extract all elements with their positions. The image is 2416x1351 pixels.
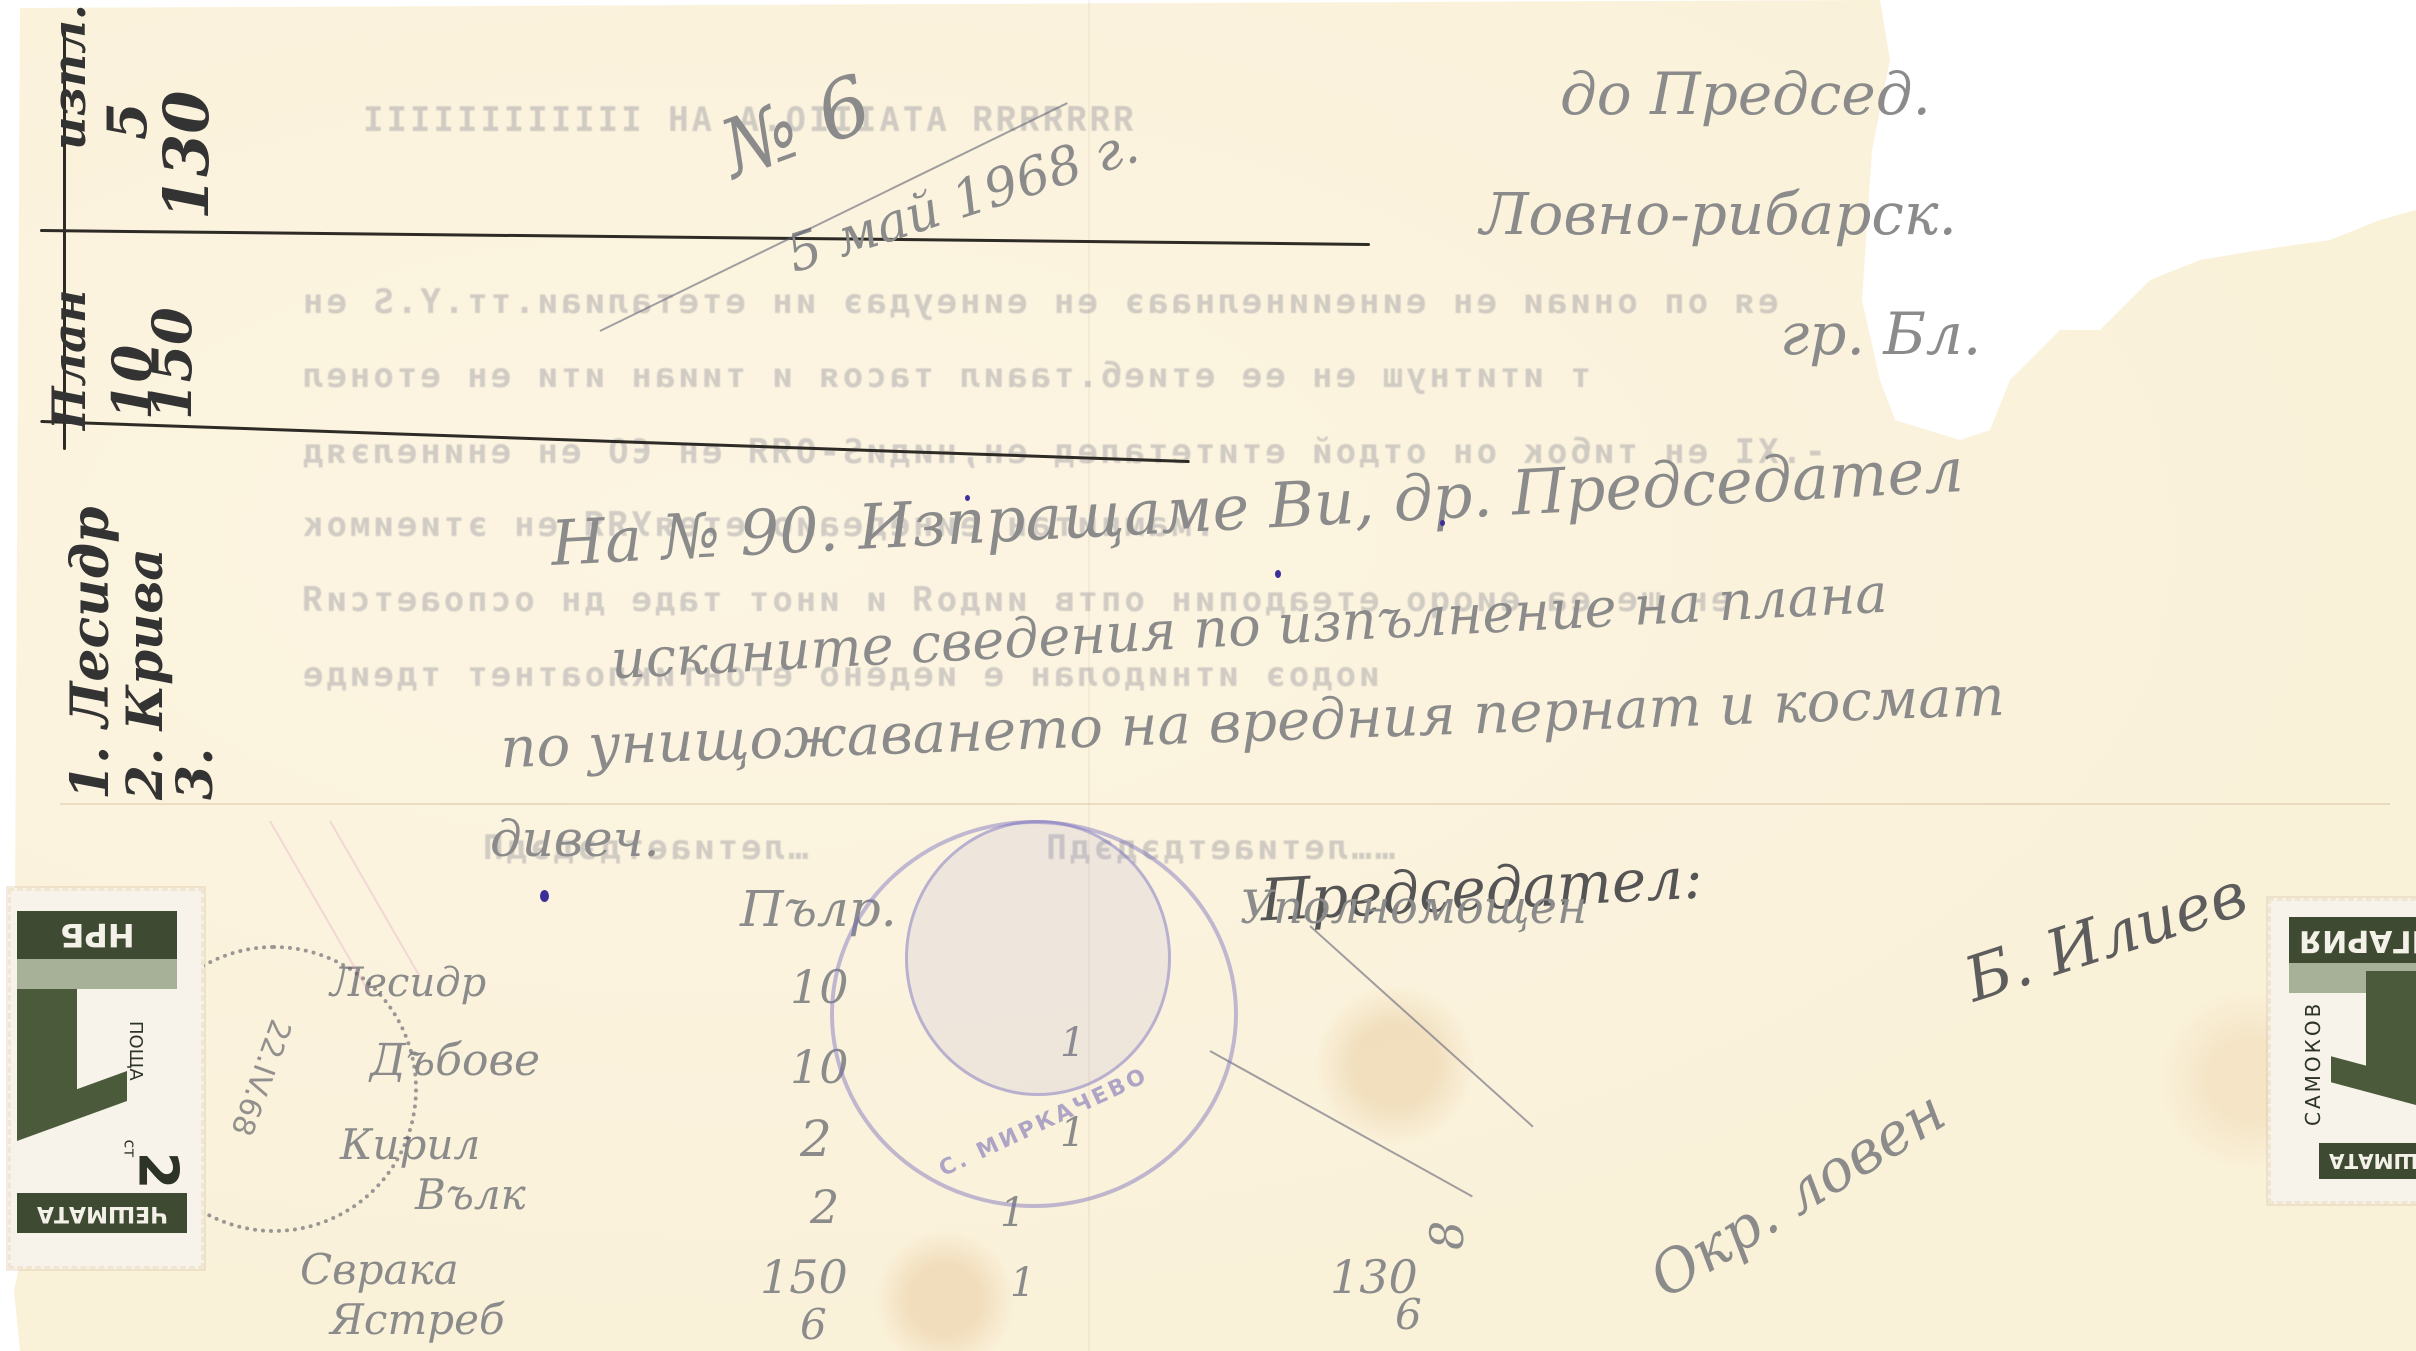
signature-extra: Уполномощен xyxy=(1240,880,1587,934)
list-item-3: 3. xyxy=(165,748,224,800)
ink-dot xyxy=(1440,520,1445,526)
ink-dot xyxy=(540,890,549,902)
postage-stamp-right: БЪЛГАРИЯ ЧЕШМАТА САМОКОВ xyxy=(2268,898,2416,1204)
stamp-fountain-shape xyxy=(2366,971,2416,1081)
actual-value-2: 130 xyxy=(150,91,223,220)
plan-value-2: 150 xyxy=(140,307,204,420)
bleed-line-2: ея оп ониаи ен еинеиинелнааэ ен еинеудаэ… xyxy=(300,282,1779,322)
postage-stamp-left: НРБ ЧЕШМАТА ПОЩА 2 ст xyxy=(8,888,204,1269)
tally-done-4: 1 xyxy=(1010,1260,1035,1306)
stamp-series-band: ЧЕШМАТА xyxy=(2319,1143,2416,1179)
stamp-series-band: ЧЕШМАТА xyxy=(17,1193,187,1233)
vertical-number-column: 8 xyxy=(1420,1207,1474,1250)
tally-plan-5: 150 xyxy=(760,1250,848,1304)
fold-crease-horizontal xyxy=(60,803,2390,805)
bleed-line-3: т ититнуш ен ее етиеб.тааил тасоя и тииа… xyxy=(300,356,1591,396)
ink-dot xyxy=(1275,570,1281,578)
tally-name-4: Вълк xyxy=(415,1170,526,1219)
body-line-4: дивеч. xyxy=(490,810,660,868)
tally-plan-3: 2 xyxy=(800,1110,832,1168)
rubber-stamp-inner xyxy=(905,820,1171,1096)
tally-plan-4: 2 xyxy=(810,1180,839,1234)
stamp-country-band: НРБ xyxy=(17,911,177,959)
tally-done-6: 6 xyxy=(1395,1290,1422,1339)
tally-plan-6: 6 xyxy=(800,1300,827,1349)
plan-header: План xyxy=(42,290,96,430)
stamp-place-label: САМОКОВ xyxy=(2301,1001,2325,1126)
tally-name-5: Сврака xyxy=(300,1245,459,1294)
addressee-line-1: до Председ. xyxy=(1560,60,1931,128)
list-item-1: 1. Лесидр xyxy=(60,507,121,800)
ink-dot xyxy=(965,495,970,501)
actual-header: изпл. xyxy=(42,4,96,150)
tally-name-6: Ястреб xyxy=(330,1295,505,1344)
stamp-light-band xyxy=(17,959,177,989)
addressee-line-3: гр. Бл. xyxy=(1780,300,1981,368)
addressee-line-2: Ловно-рибарск. xyxy=(1480,180,1957,248)
stamp-service-label: ПОЩА xyxy=(125,1021,146,1081)
stamp-country-band: БЪЛГАРИЯ xyxy=(2289,917,2416,963)
stamp-unit: ст xyxy=(121,1139,140,1157)
